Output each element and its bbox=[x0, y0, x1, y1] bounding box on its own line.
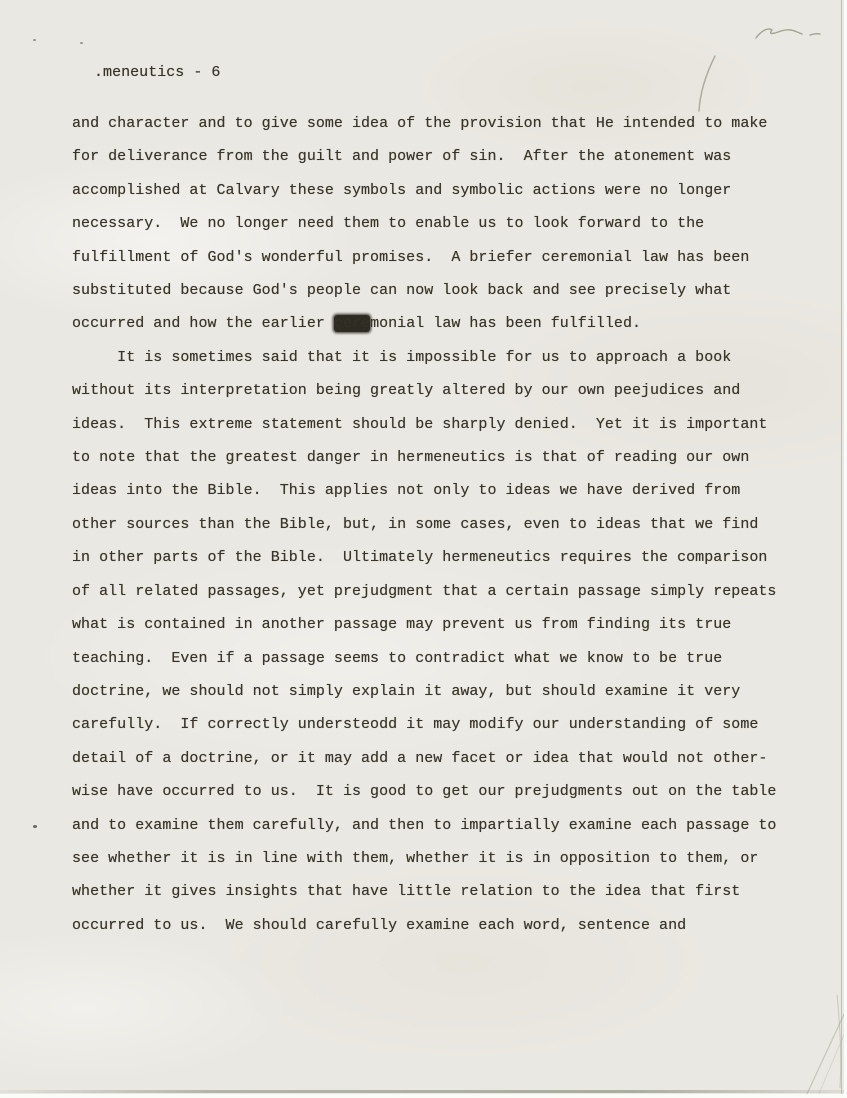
text-line: to note that the greatest danger in herm… bbox=[72, 441, 832, 474]
text-line: fulfillment of God's wonderful promises.… bbox=[72, 241, 832, 274]
text-line: other sources than the Bible, but, in so… bbox=[72, 508, 832, 541]
text-line: ideas into the Bible. This applies not o… bbox=[72, 474, 832, 507]
text-segment: monial law has been fulfilled. bbox=[370, 315, 641, 332]
text-line: ideas. This extreme statement should be … bbox=[72, 408, 832, 441]
text-line: It is sometimes said that it is impossib… bbox=[72, 341, 832, 374]
ink-speck bbox=[33, 825, 37, 828]
paper-bottom-edge bbox=[0, 1090, 844, 1093]
page-header: .meneutics - 6 bbox=[94, 64, 220, 81]
text-line: occurred and how the earlier ceremonial … bbox=[72, 307, 832, 340]
text-line: in other parts of the Bible. Ultimately … bbox=[72, 541, 832, 574]
text-line: accomplished at Calvary these symbols an… bbox=[72, 174, 832, 207]
text-line: and character and to give some idea of t… bbox=[72, 107, 832, 140]
text-line: wise have occurred to us. It is good to … bbox=[72, 775, 832, 808]
ink-speck bbox=[80, 42, 83, 44]
text-line: teaching. Even if a passage seems to con… bbox=[72, 642, 832, 675]
text-line: of all related passages, yet prejudgment… bbox=[72, 575, 832, 608]
paper-right-edge bbox=[841, 0, 842, 1094]
text-line: occurred to us. We should carefully exam… bbox=[72, 909, 832, 942]
text-segment: occurred and how the earlier bbox=[72, 315, 334, 332]
text-line: and to examine them carefully, and then … bbox=[72, 809, 832, 842]
text-line: without its interpretation being greatly… bbox=[72, 374, 832, 407]
scanner-background-bottom bbox=[0, 1094, 847, 1098]
overstrike-blot: cere bbox=[334, 315, 370, 332]
ink-speck bbox=[33, 39, 36, 41]
typewritten-text: and character and to give some idea of t… bbox=[72, 107, 832, 942]
scanned-paper-sheet: .meneutics - 6 and character and to give… bbox=[0, 0, 844, 1094]
text-line: what is contained in another passage may… bbox=[72, 608, 832, 641]
text-line: doctrine, we should not simply explain i… bbox=[72, 675, 832, 708]
text-line: whether it gives insights that have litt… bbox=[72, 875, 832, 908]
text-line: substituted because God's people can now… bbox=[72, 274, 832, 307]
text-line: carefully. If correctly understeodd it m… bbox=[72, 708, 832, 741]
text-line: necessary. We no longer need them to ena… bbox=[72, 207, 832, 240]
text-line: detail of a doctrine, or it may add a ne… bbox=[72, 742, 832, 775]
text-line: see whether it is in line with them, whe… bbox=[72, 842, 832, 875]
text-line: for deliverance from the guilt and power… bbox=[72, 140, 832, 173]
